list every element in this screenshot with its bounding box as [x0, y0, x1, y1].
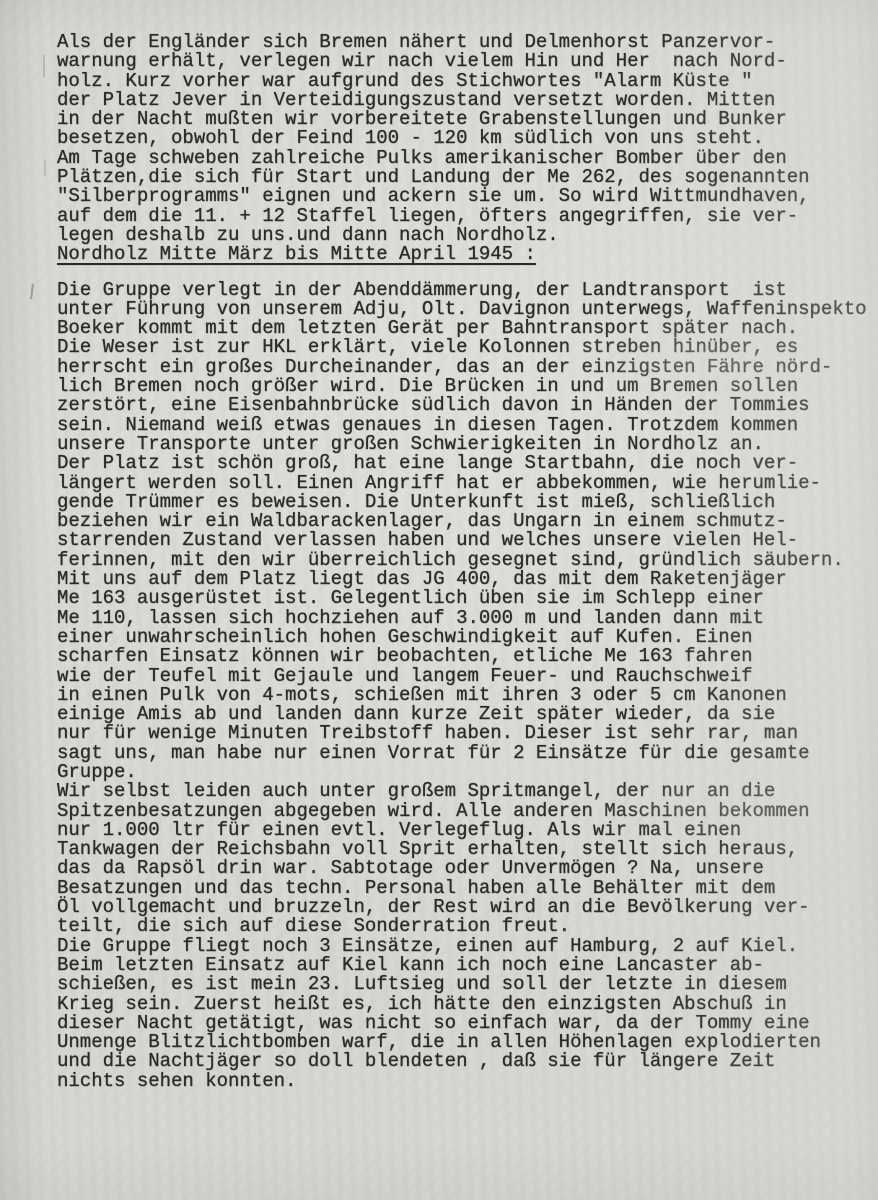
- scan-artifact-pen-tick: [30, 284, 34, 299]
- paragraph-jg400-me163: Mit uns auf dem Platz liegt das JG 400, …: [57, 570, 878, 782]
- scan-artifact-fold-mark: [44, 160, 46, 176]
- paragraph-verlegung-nordholz: Die Gruppe verlegt in der Abenddämmerung…: [57, 281, 878, 570]
- section-heading-nordholz: Nordholz Mitte März bis Mitte April 1945…: [57, 245, 878, 264]
- scan-artifact-fold-mark: [43, 55, 45, 77]
- paragraph-alarm-kueste: Als der Engländer sich Bremen nähert und…: [57, 33, 878, 149]
- paragraph-spritmangel: Wir selbst leiden auch unter großem Spri…: [57, 782, 878, 936]
- paragraph-letzte-einsaetze: Die Gruppe fliegt noch 3 Einsätze, einen…: [57, 937, 878, 1091]
- paragraph-bomber-pulks: Am Tage schweben zahlreiche Pulks amerik…: [57, 149, 878, 245]
- document-page: Als der Engländer sich Bremen nähert und…: [0, 0, 878, 1200]
- document-text-block: Als der Engländer sich Bremen nähert und…: [57, 33, 878, 1091]
